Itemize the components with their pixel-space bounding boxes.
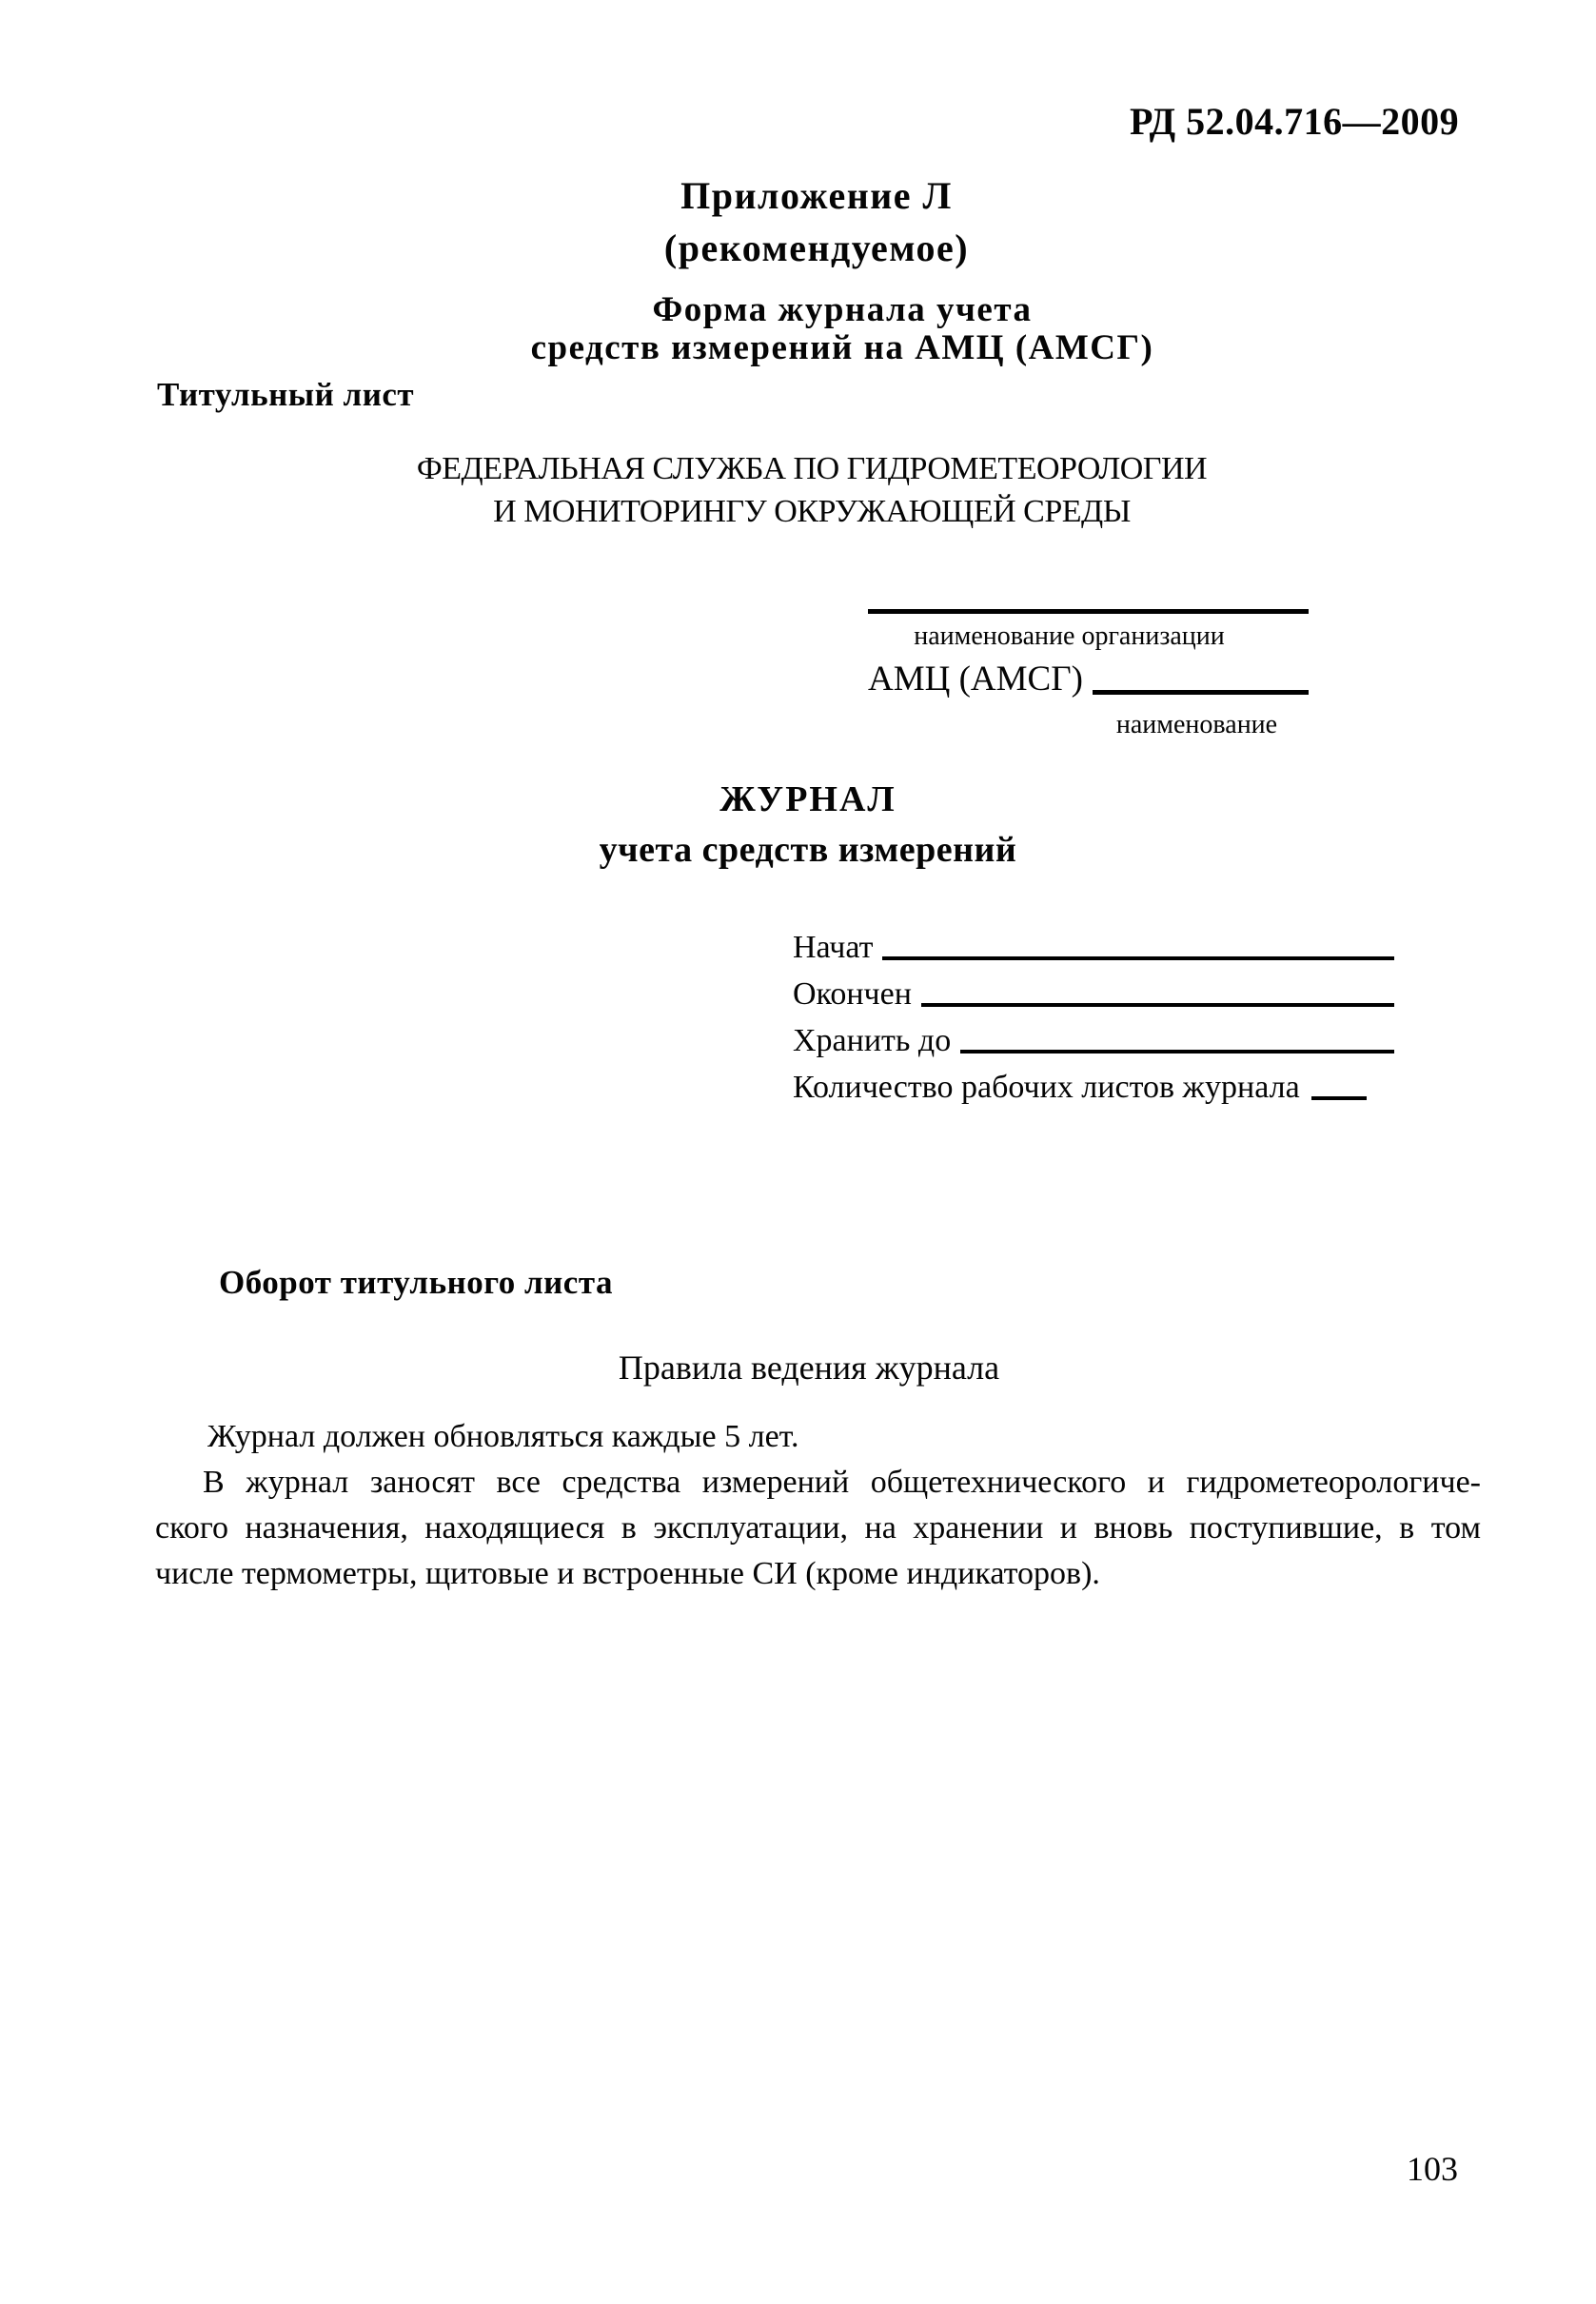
reverse-sheet-label: Оборот титульного листа: [219, 1264, 613, 1302]
page-number: 103: [1407, 2149, 1458, 2189]
amc-name-caption: наименование: [1085, 710, 1309, 740]
field-row-sheet-count: Количество рабочих листов журнала: [793, 1061, 1394, 1108]
document-page: РД 52.04.716—2009 Приложение Л (рекоменд…: [0, 0, 1596, 2304]
doc-code: РД 52.04.716—2009: [1130, 99, 1459, 144]
organization-block: наименование организации АМЦ (АМСГ) наим…: [868, 609, 1309, 740]
amc-name-blank-line: [1093, 690, 1309, 695]
field-blank-line-keep-until: [960, 1050, 1394, 1054]
rules-body: Журнал должен обновляться каждые 5 лет. …: [155, 1414, 1481, 1597]
field-row-started: Начат: [793, 921, 1394, 968]
title-sheet-label: Титульный лист: [157, 376, 414, 414]
appendix-type: (рекомендуемое): [388, 222, 1245, 274]
rules-paragraph-2-line-3: числе термометры, щитовые и встроенные С…: [155, 1551, 1481, 1597]
agency-name: ФЕДЕРАЛЬНАЯ СЛУЖБА ПО ГИДРОМЕТЕОРОЛОГИИ …: [384, 447, 1240, 533]
amc-label: АМЦ (АМСГ): [868, 659, 1083, 700]
field-blank-line-sheet-count: [1311, 1096, 1367, 1100]
appendix-title: Приложение Л: [388, 169, 1245, 222]
field-row-keep-until: Хранить до: [793, 1014, 1394, 1061]
field-label-finished: Окончен: [793, 975, 912, 1014]
journal-subtitle: учета средств измерений: [427, 829, 1189, 871]
agency-line2: И МОНИТОРИНГУ ОКРУЖАЮЩЕЙ СРЕДЫ: [384, 490, 1240, 533]
field-label-keep-until: Хранить до: [793, 1021, 951, 1061]
rules-paragraph-2-line-2: ского назначения, находящиеся в эксплуат…: [155, 1506, 1481, 1551]
form-title-line1: Форма журнала учета: [414, 291, 1271, 329]
field-blank-line-finished: [921, 1003, 1394, 1007]
journal-fields: Начат Окончен Хранить до Количество рабо…: [793, 921, 1394, 1108]
field-row-finished: Окончен: [793, 968, 1394, 1014]
organization-name-caption: наименование организации: [868, 622, 1309, 651]
appendix-heading: Приложение Л (рекомендуемое): [388, 169, 1245, 274]
rules-heading: Правила ведения журнала: [428, 1348, 1190, 1388]
field-label-sheet-count: Количество рабочих листов журнала: [793, 1068, 1300, 1108]
journal-title: ЖУРНАЛ: [427, 778, 1189, 820]
field-blank-line-started: [882, 956, 1394, 960]
form-title-line2: средств измерений на АМЦ (АМСГ): [414, 329, 1271, 367]
agency-line1: ФЕДЕРАЛЬНАЯ СЛУЖБА ПО ГИДРОМЕТЕОРОЛОГИИ: [384, 447, 1240, 490]
field-label-started: Начат: [793, 928, 873, 968]
rules-paragraph-1: Журнал должен обновляться каждые 5 лет.: [155, 1414, 1481, 1460]
form-title: Форма журнала учета средств измерений на…: [414, 291, 1271, 367]
amc-row: АМЦ (АМСГ): [868, 651, 1309, 700]
rules-paragraph-2-line-1: В журнал заносят все средства измерений …: [155, 1460, 1481, 1506]
organization-name-blank-line: [868, 609, 1309, 614]
